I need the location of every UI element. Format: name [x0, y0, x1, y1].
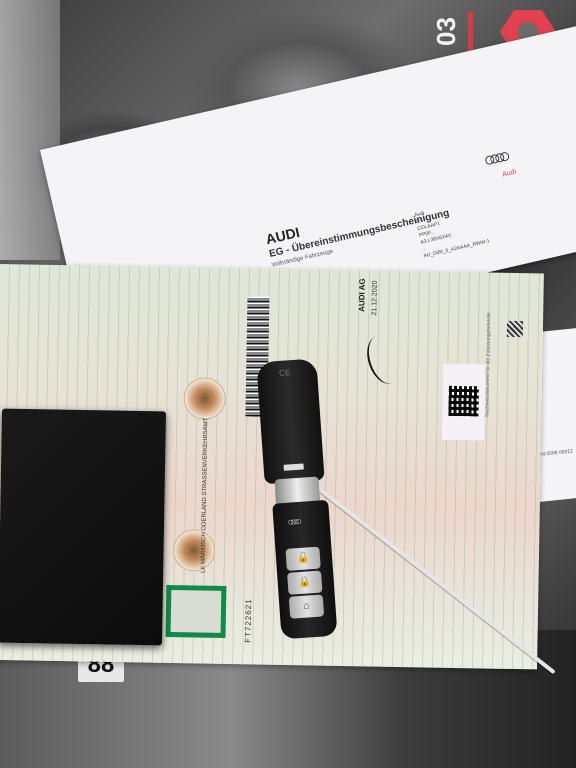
- qr-label: [442, 364, 485, 441]
- official-seal-stamp: [183, 377, 226, 420]
- audi-rings-icon: ○○○○: [481, 146, 506, 173]
- right-paper-code: IN.0588 00012: [540, 448, 573, 457]
- unlock-button-icon: 🔓: [285, 547, 320, 571]
- side-label: Nachweisdokument für die Zulassungsbehör…: [484, 312, 492, 416]
- security-sticker: [166, 585, 227, 638]
- magazine-red-accent: [468, 12, 473, 52]
- coc-codes: Audi GY COLAAP1 PP0F... A3 L38X6X4X ... …: [414, 197, 491, 260]
- official-seal-stamp-2: [173, 529, 216, 572]
- signature: [361, 331, 408, 389]
- magazine-page-edge: [0, 0, 60, 260]
- audi-logo-text: Audi: [502, 169, 517, 179]
- ce-mark-icon: CE: [279, 368, 291, 378]
- lock-button-icon: 🔒: [287, 570, 322, 594]
- key-audi-rings-icon: ○○○○: [287, 516, 298, 529]
- trunk-button-icon: ⌂: [289, 594, 324, 618]
- key-slot: [284, 463, 304, 470]
- black-card-pouch: [0, 409, 166, 646]
- photo-scene: 03 88 ○○○○ Audi AUDI EG - Übereinstimmun…: [0, 0, 576, 768]
- key-body: ○○○○ 🔓 🔒 ⌂: [272, 500, 337, 640]
- key-cover: CE: [256, 358, 324, 484]
- small-datamatrix-icon: [507, 321, 523, 337]
- qr-code-icon: [448, 386, 479, 417]
- magazine-page-number: 03: [431, 17, 462, 46]
- issue-date: 21.12.2020: [371, 280, 379, 315]
- manufacturer-label: AUDI AG: [357, 278, 367, 312]
- document-serial: FT722621: [243, 598, 253, 643]
